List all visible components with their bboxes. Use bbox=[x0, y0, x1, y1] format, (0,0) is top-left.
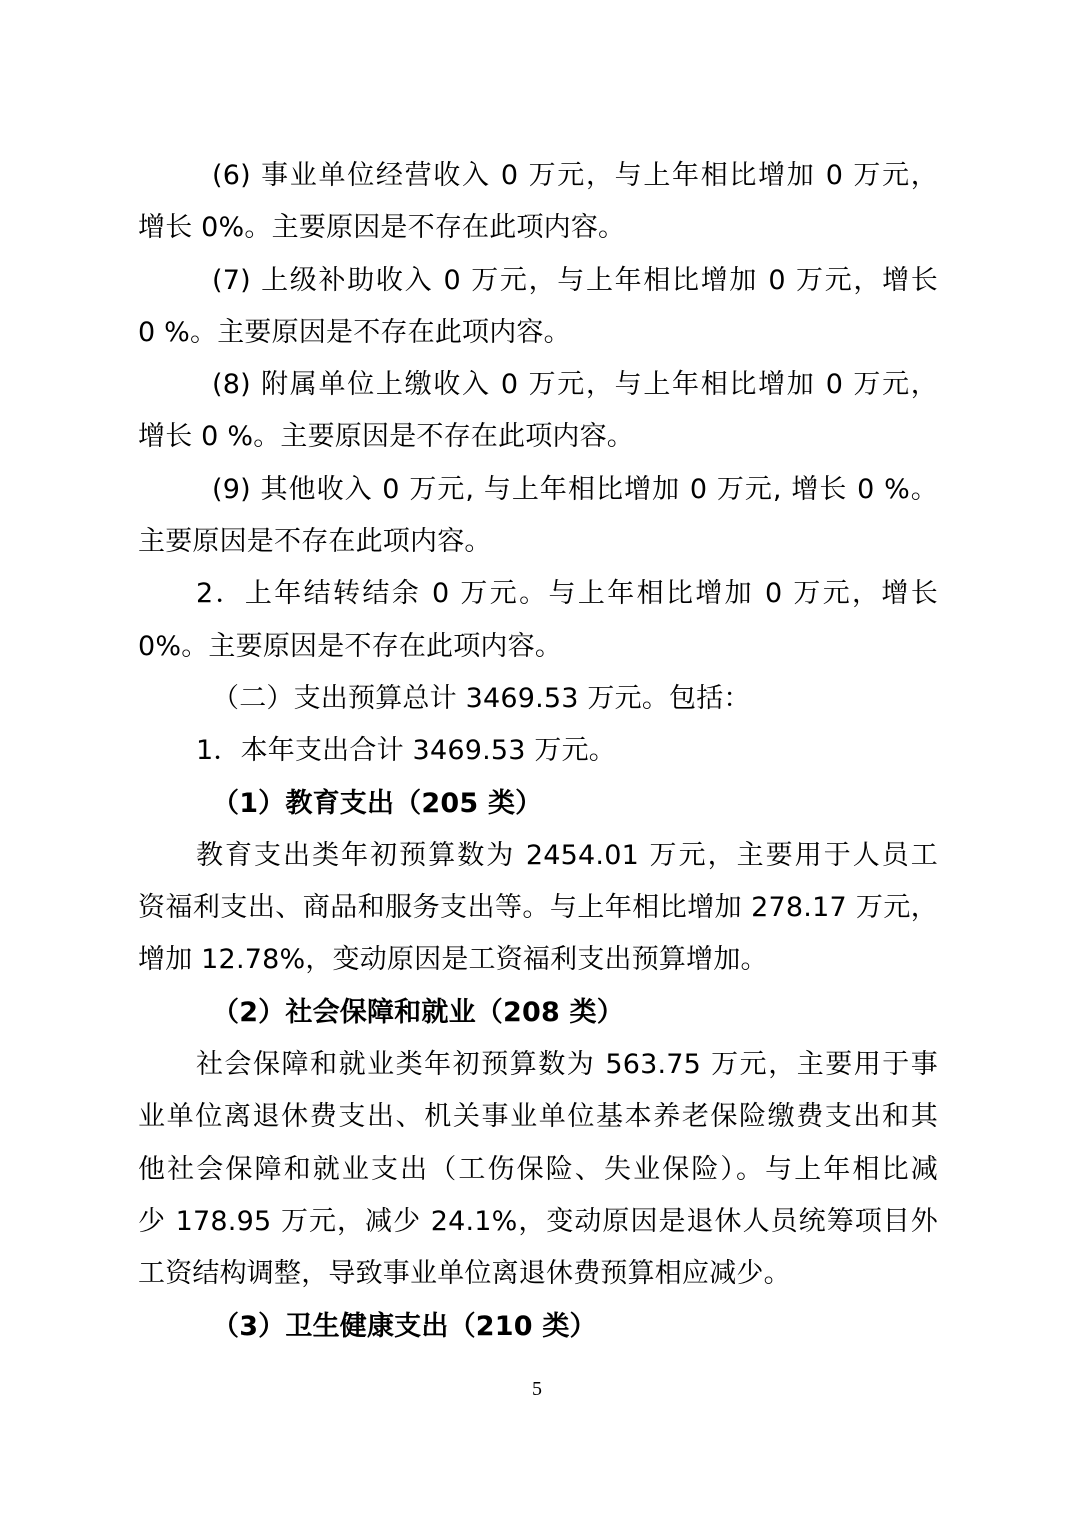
section-heading: （二）支出预算总计 3469.53 万元。包括： bbox=[138, 673, 938, 725]
paragraph-line: 主要原因是不存在此项内容。 bbox=[138, 516, 938, 568]
paragraph-line: 工资结构调整，导致事业单位离退休费预算相应减少。 bbox=[138, 1248, 938, 1300]
paragraph-line: 社会保障和就业类年初预算数为 563.75 万元，主要用于事 bbox=[138, 1039, 938, 1091]
paragraph-line: (9) 其他收入 0 万元, 与上年相比增加 0 万元, 增长 0 %。 bbox=[138, 464, 938, 516]
paragraph-line: 业单位离退休费支出、机关事业单位基本养老保险缴费支出和其 bbox=[138, 1091, 938, 1143]
paragraph-line: 少 178.95 万元，减少 24.1%，变动原因是退休人员统筹项目外 bbox=[138, 1196, 938, 1248]
paragraph-line: 教育支出类年初预算数为 2454.01 万元，主要用于人员工 bbox=[138, 830, 938, 882]
paragraph-line: 增加 12.78%，变动原因是工资福利支出预算增加。 bbox=[138, 934, 938, 986]
page-number: 5 bbox=[0, 1378, 1074, 1401]
category-heading-social-security: （2）社会保障和就业（208 类） bbox=[138, 987, 938, 1039]
paragraph-line: 2．上年结转结余 0 万元。与上年相比增加 0 万元，增长 bbox=[138, 568, 938, 620]
subsection-heading: 1．本年支出合计 3469.53 万元。 bbox=[138, 725, 938, 777]
paragraph-line: 增长 0%。主要原因是不存在此项内容。 bbox=[138, 202, 938, 254]
paragraph-line: (6) 事业单位经营收入 0 万元，与上年相比增加 0 万元， bbox=[138, 150, 938, 202]
paragraph-line: 他社会保障和就业支出（工伤保险、失业保险）。与上年相比减 bbox=[138, 1144, 938, 1196]
paragraph-line: 0 %。主要原因是不存在此项内容。 bbox=[138, 307, 938, 359]
document-page: (6) 事业单位经营收入 0 万元，与上年相比增加 0 万元， 增长 0%。主要… bbox=[138, 150, 938, 1353]
paragraph-line: (7) 上级补助收入 0 万元，与上年相比增加 0 万元，增长 bbox=[138, 255, 938, 307]
category-heading-health: （3）卫生健康支出（210 类） bbox=[138, 1301, 938, 1353]
category-heading-education: （1）教育支出（205 类） bbox=[138, 778, 938, 830]
paragraph-line: 0%。主要原因是不存在此项内容。 bbox=[138, 621, 938, 673]
paragraph-line: 资福利支出、商品和服务支出等。与上年相比增加 278.17 万元， bbox=[138, 882, 938, 934]
paragraph-line: 增长 0 %。主要原因是不存在此项内容。 bbox=[138, 411, 938, 463]
paragraph-line: (8) 附属单位上缴收入 0 万元，与上年相比增加 0 万元， bbox=[138, 359, 938, 411]
